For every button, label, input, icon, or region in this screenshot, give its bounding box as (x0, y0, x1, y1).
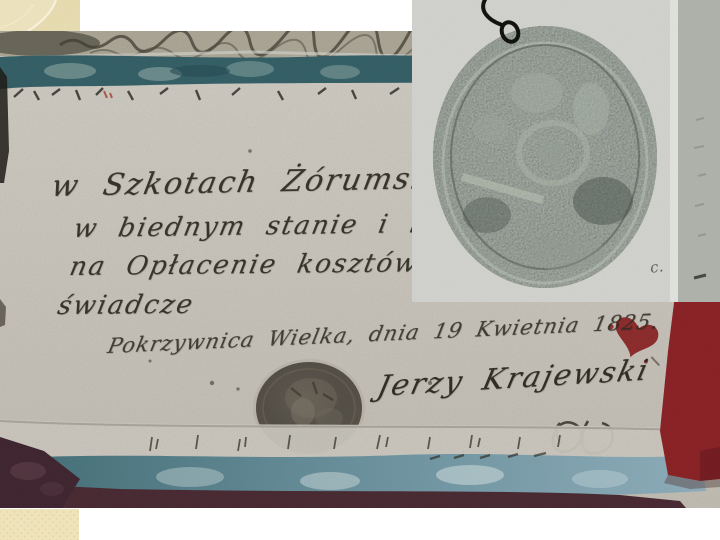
handwriting-line-4: świadcze (55, 290, 197, 321)
handwriting-line-2: w biednym stanie i nie (71, 209, 459, 244)
dotted-texture-ornament (0, 509, 79, 540)
seal-closeup-art (412, 0, 720, 302)
inset-grain (412, 0, 720, 302)
presentation-slide: w Szkotach Żórumskich, w biednym stanie … (0, 0, 720, 540)
handwriting-line-3: na Opłacenie kosztów s (67, 248, 457, 282)
circle-arcs-ornament (0, 0, 80, 31)
inset-corner-mark: c. (649, 257, 665, 277)
seal-closeup-photo: c. (412, 0, 720, 302)
slide-theme-ornament-bottom-left (0, 509, 79, 540)
slide-theme-ornament-top-left (0, 0, 80, 31)
